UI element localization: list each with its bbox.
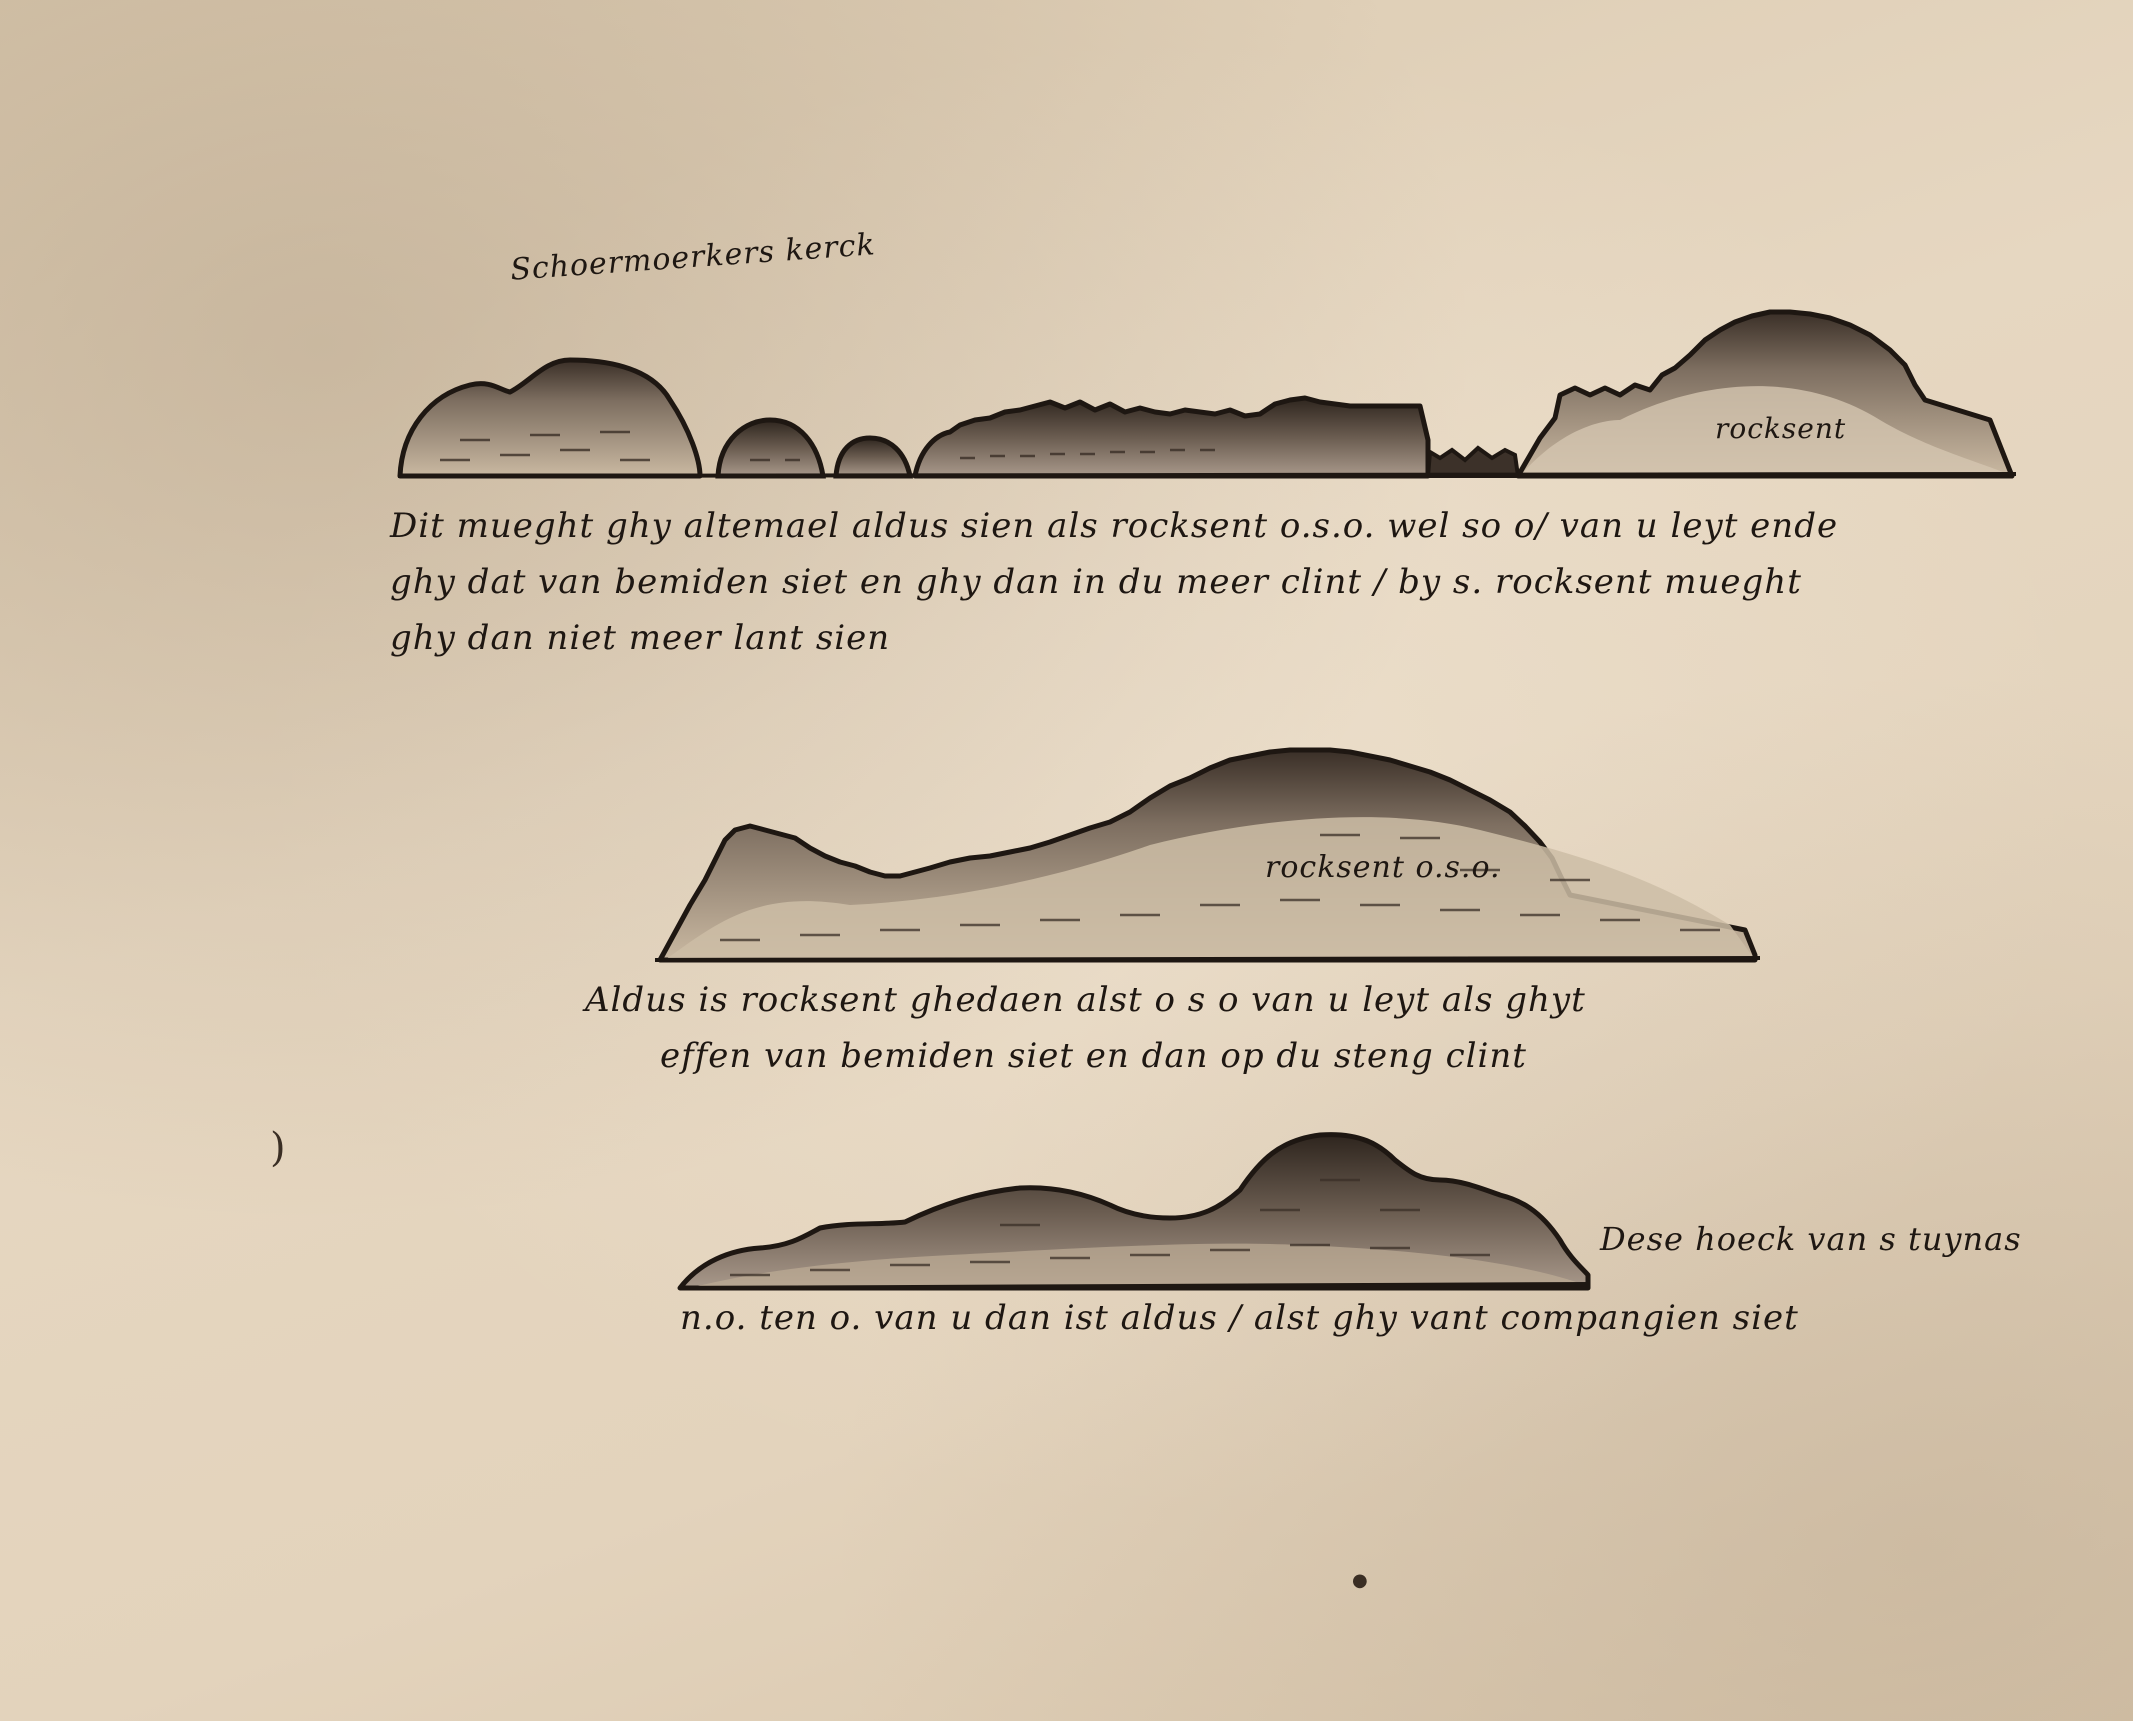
- stray-ink-dot: ●: [1352, 1570, 1368, 1591]
- caption-line: ghy dan niet meer lant sien: [390, 610, 1838, 666]
- caption-line: effen van bemiden siet en dan op du sten…: [660, 1028, 1661, 1084]
- caption-line: ghy dat van bemiden siet en ghy dan in d…: [390, 554, 1838, 610]
- manuscript-page: Schoermoerkers kerck rocksent Dit mueght…: [0, 0, 2133, 1721]
- caption-profile-1: Dit mueght ghy altemael aldus sien als r…: [390, 498, 1838, 666]
- caption-profile-3: n.o. ten o. van u dan ist aldus / alst g…: [680, 1290, 1799, 1346]
- coastal-profile-1: [0, 0, 2133, 1721]
- label-rocksent-oso: rocksent o.s.o.: [1265, 850, 1501, 885]
- caption-line: Dit mueght ghy altemael aldus sien als r…: [390, 498, 1838, 554]
- label-rocksent: rocksent: [1715, 412, 1846, 445]
- caption-line: Aldus is rocksent ghedaen alst o s o van…: [585, 972, 1586, 1028]
- label-side-note: Dese hoeck van s tuynas: [1600, 1220, 2022, 1258]
- caption-profile-2: Aldus is rocksent ghedaen alst o s o van…: [585, 972, 1586, 1084]
- stray-ink-mark: ): [270, 1125, 286, 1171]
